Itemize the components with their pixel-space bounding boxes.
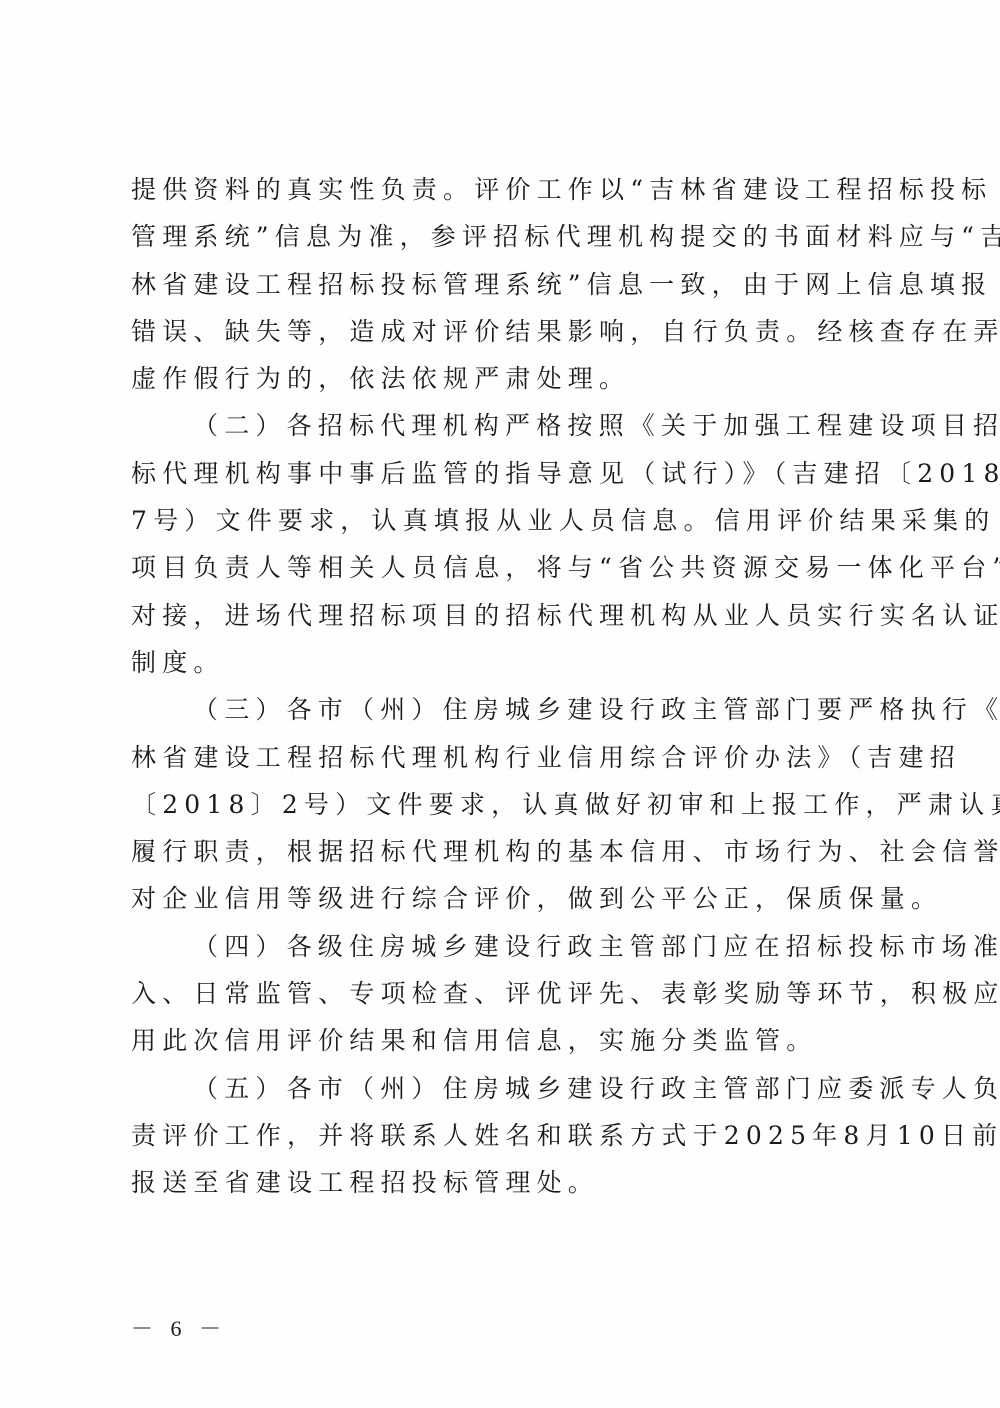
text-line: 林省建设工程招标投标管理系统”信息一致，由于网上信息填报 (131, 261, 873, 308)
text-line: 林省建设工程招标代理机构行业信用综合评价办法》（吉建招 (131, 734, 873, 781)
text-line: 责评价工作，并将联系人姓名和联系方式于2025年8月10日前 (131, 1112, 873, 1159)
text-line: 错误、缺失等，造成对评价结果影响，自行负责。经核查存在弄 (131, 308, 873, 355)
text-line: 履行职责，根据招标代理机构的基本信用、市场行为、社会信誉 (131, 828, 873, 875)
text-line: 标代理机构事中事后监管的指导意见（试行）》（吉建招〔2018〕 (131, 450, 873, 497)
paragraph-heading-line: （二）各招标代理机构严格按照《关于加强工程建设项目招 (131, 402, 873, 449)
text-line: 7号）文件要求，认真填报从业人员信息。信用评价结果采集的 (131, 497, 873, 544)
body-text: 提供资料的真实性负责。评价工作以“吉林省建设工程招标投标 管理系统”信息为准，参… (131, 166, 873, 1207)
text-line: 〔2018〕2号）文件要求，认真做好初审和上报工作，严肃认真 (131, 781, 873, 828)
paragraph-heading-line: （三）各市（州）住房城乡建设行政主管部门要严格执行《吉 (131, 686, 873, 733)
text-line: 报送至省建设工程招投标管理处。 (131, 1159, 873, 1206)
text-line: 项目负责人等相关人员信息，将与“省公共资源交易一体化平台” (131, 544, 873, 591)
text-line: 入、日常监管、专项检查、评优评先、表彰奖励等环节，积极应 (131, 970, 873, 1017)
paragraph-heading-line: （五）各市（州）住房城乡建设行政主管部门应委派专人负 (131, 1065, 873, 1112)
text-line: 对企业信用等级进行综合评价，做到公平公正，保质保量。 (131, 875, 873, 922)
paragraph-heading-line: （四）各级住房城乡建设行政主管部门应在招标投标市场准 (131, 923, 873, 970)
text-line: 对接，进场代理招标项目的招标代理机构从业人员实行实名认证 (131, 592, 873, 639)
text-line: 制度。 (131, 639, 873, 686)
text-line: 管理系统”信息为准，参评招标代理机构提交的书面材料应与“吉 (131, 213, 873, 260)
text-line: 提供资料的真实性负责。评价工作以“吉林省建设工程招标投标 (131, 166, 873, 213)
page-number: － 6 － (131, 1312, 227, 1343)
text-line: 虚作假行为的，依法依规严肃处理。 (131, 355, 873, 402)
document-page: 提供资料的真实性负责。评价工作以“吉林省建设工程招标投标 管理系统”信息为准，参… (0, 0, 1000, 1408)
text-line: 用此次信用评价结果和信用信息，实施分类监管。 (131, 1017, 873, 1064)
